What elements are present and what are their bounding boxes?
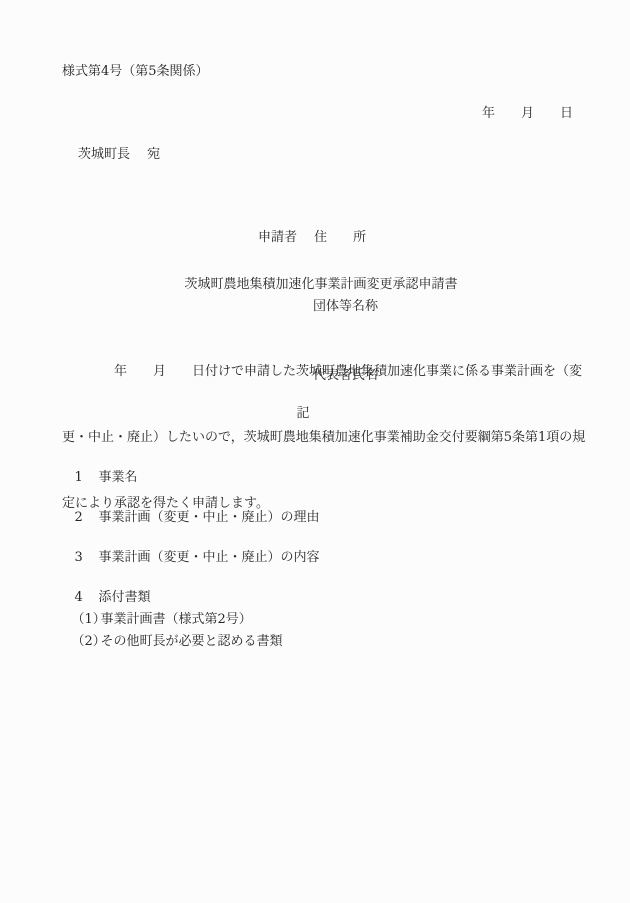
addressee-line: 茨城町長 宛 (78, 143, 160, 166)
form-number: 様式第4号（第5条関係） (62, 60, 209, 83)
applicant-organization-line: 団体等名称 (313, 295, 378, 318)
paragraph-line-1: 年 月 日付けで申請した茨城町農地集積加速化事業に係る事業計画を（変 (62, 361, 585, 383)
attachment-line-other-documents: （2）その他町長が必要と認める書類 (55, 607, 283, 676)
document-page: 様式第4号（第5条関係） 年 月 日 茨城町長 宛 申請者 住 所 団体等名称 … (0, 0, 630, 903)
date-line: 年 月 日 (482, 102, 573, 125)
applicant-address-line: 申請者 住 所 (258, 226, 378, 249)
attachment-number: （2） (72, 630, 101, 653)
section-marker-ki: 記 (0, 402, 630, 425)
paragraph-line-2: 更・中止・廃止）したいので，茨城町農地集積加速化事業補助金交付要綱第5条第1項の… (62, 427, 585, 449)
document-title: 茨城町農地集積加速化事業計画変更承認申請書 (0, 273, 630, 296)
attachment-label: その他町長が必要と認める書類 (101, 634, 283, 649)
